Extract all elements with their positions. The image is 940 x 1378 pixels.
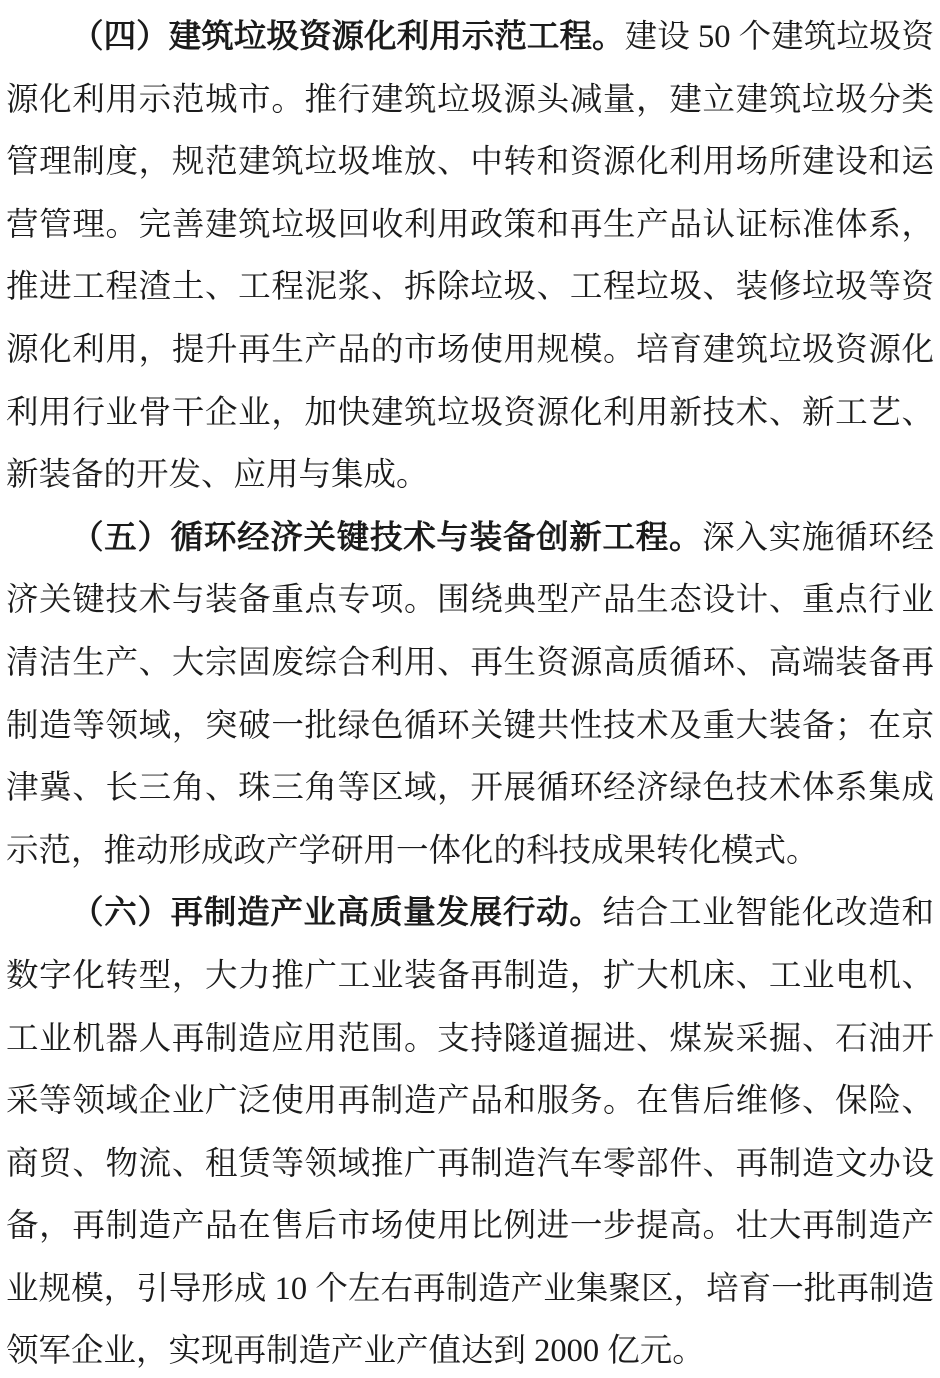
paragraph-4: （四）建筑垃圾资源化利用示范工程。建设 50 个建筑垃圾资源化利用示范城市。推行…: [6, 6, 934, 507]
document-page: （四）建筑垃圾资源化利用示范工程。建设 50 个建筑垃圾资源化利用示范城市。推行…: [0, 0, 940, 1378]
paragraph-5-text: 深入实施循环经济关键技术与装备重点专项。围绕典型产品生态设计、重点行业清洁生产、…: [6, 520, 934, 869]
paragraph-6-text: 结合工业智能化改造和数字化转型，大力推广工业装备再制造，扩大机床、工业电机、工业…: [6, 895, 934, 1369]
paragraph-6: （六）再制造产业高质量发展行动。结合工业智能化改造和数字化转型，大力推广工业装备…: [6, 882, 934, 1378]
paragraph-4-text: 建设 50 个建筑垃圾资源化利用示范城市。推行建筑垃圾源头减量，建立建筑垃圾分类…: [6, 19, 934, 493]
paragraph-6-heading: （六）再制造产业高质量发展行动。: [71, 895, 603, 931]
paragraph-5: （五）循环经济关键技术与装备创新工程。深入实施循环经济关键技术与装备重点专项。围…: [6, 507, 934, 883]
paragraph-5-heading: （五）循环经济关键技术与装备创新工程。: [71, 520, 702, 556]
paragraph-4-heading: （四）建筑垃圾资源化利用示范工程。: [71, 19, 625, 55]
